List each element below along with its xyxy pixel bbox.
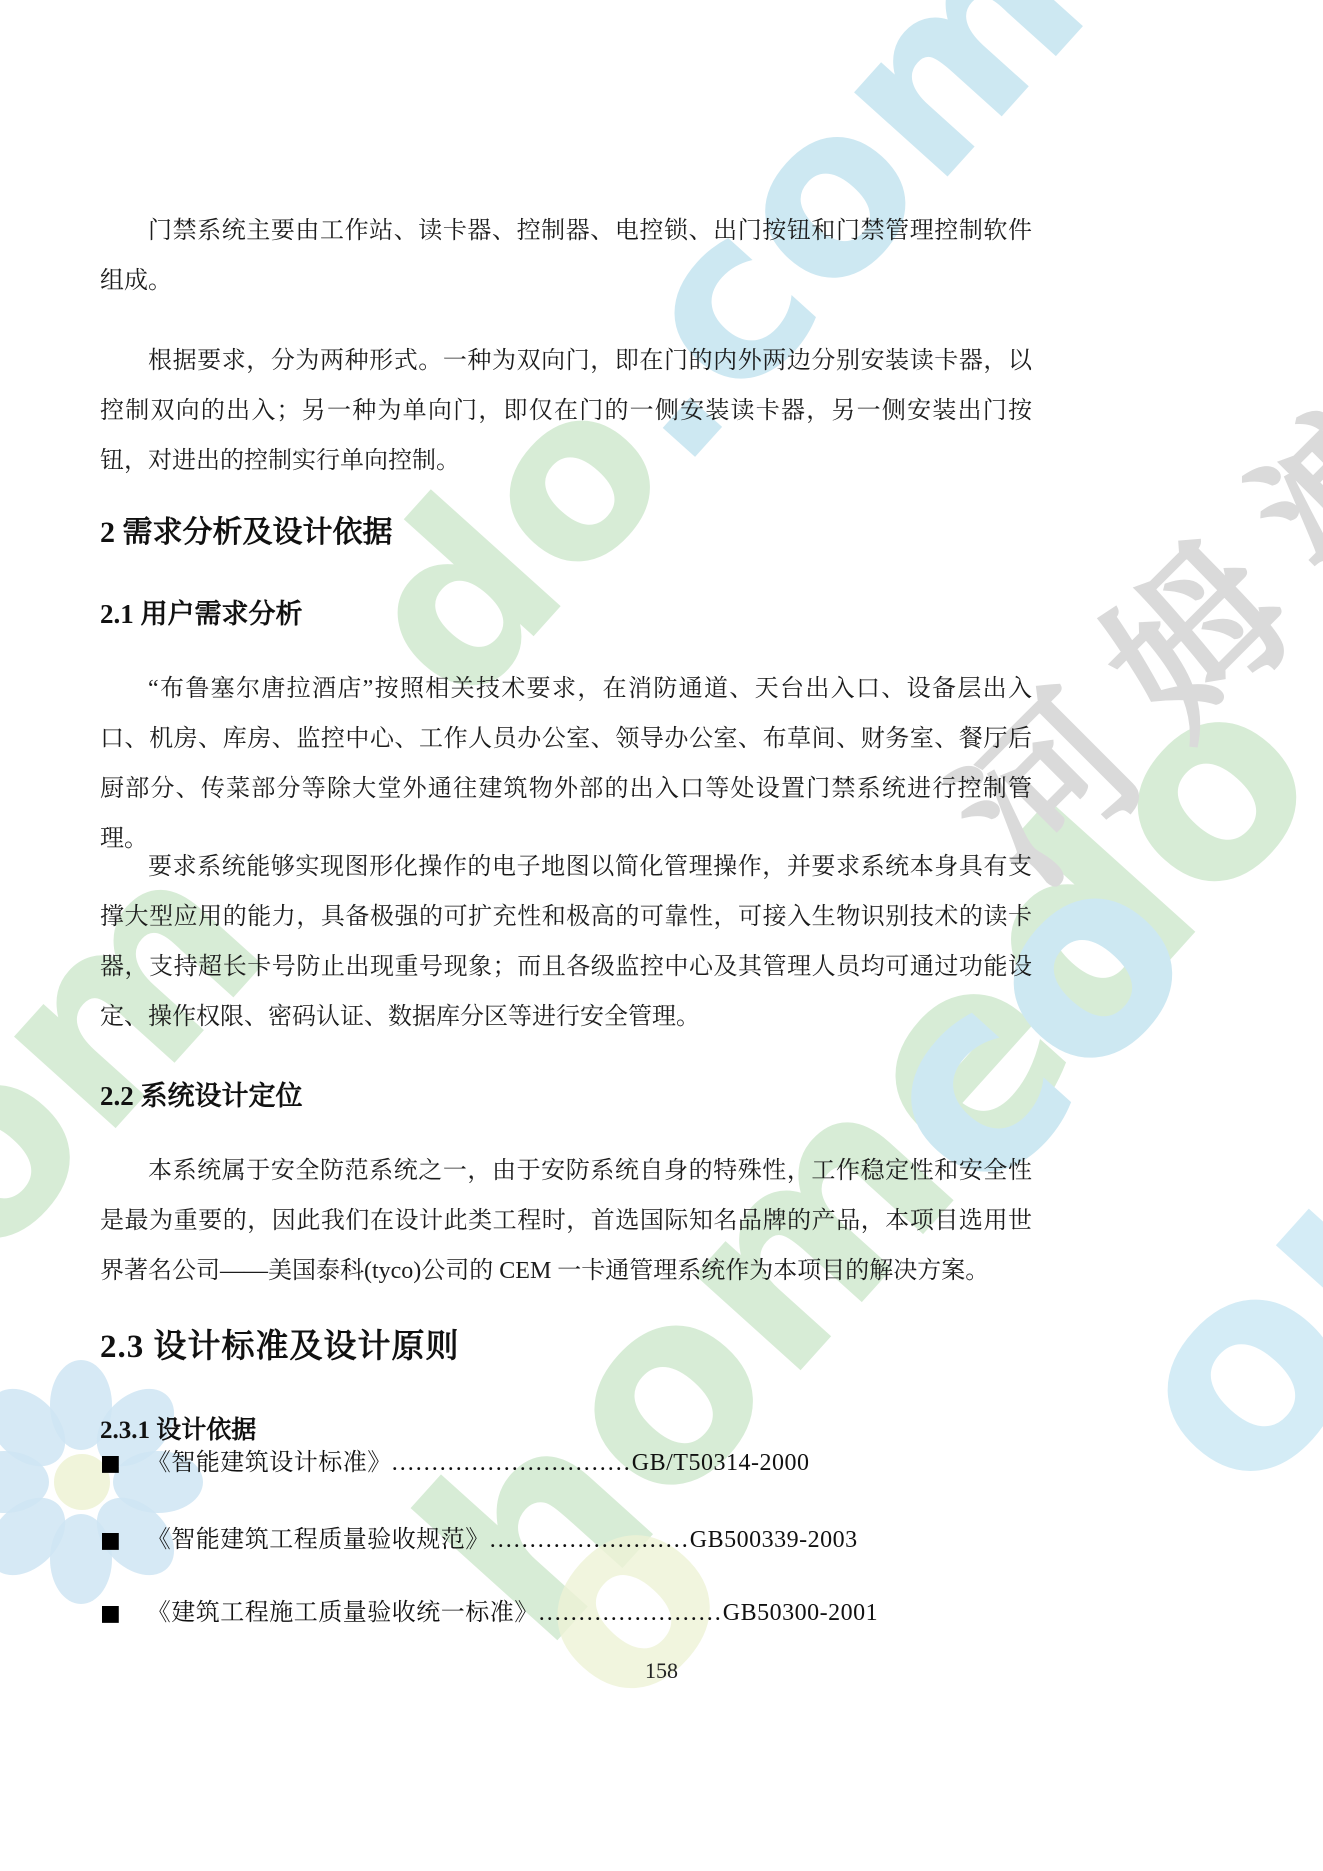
paragraph-door-types: 根据要求，分为两种形式。一种为双向门，即在门的内外两边分别安装读卡器，以控制双向… (100, 336, 1032, 486)
page-number: 158 (0, 1658, 1323, 1684)
square-bullet-icon: ■ (100, 1589, 121, 1639)
square-bullet-icon: ■ (100, 1516, 121, 1566)
paragraph-system-components: 门禁系统主要由工作站、读卡器、控制器、电控锁、出门按钮和门禁管理控制软件组成。 (100, 206, 1032, 306)
standard-item: ■ 《建筑工程施工质量验收统一标准》 .....................… (100, 1588, 1045, 1639)
paragraph-design-positioning: 本系统属于安全防范系统之一，由于安防系统自身的特殊性，工作稳定性和安全性是最为重… (100, 1146, 1032, 1296)
standard-title: 《智能建筑设计标准》 (147, 1438, 392, 1488)
document-content: 门禁系统主要由工作站、读卡器、控制器、电控锁、出门按钮和门禁管理控制软件组成。 … (0, 0, 1323, 1871)
dot-leader: .............................. (392, 1438, 632, 1488)
dot-leader: ......................... (490, 1515, 690, 1565)
section-heading-2-2: 2.2 系统设计定位 (100, 1080, 1032, 1114)
paragraph-user-requirements: “布鲁塞尔唐拉酒店”按照相关技术要求，在消防通道、天台出入口、设备层出入口、机房… (100, 664, 1032, 864)
standard-item: ■ 《智能建筑工程质量验收规范》 .......................… (100, 1515, 1045, 1566)
standard-code: GB/T50314-2000 (632, 1438, 810, 1488)
standard-code: GB50300-2001 (723, 1588, 878, 1638)
standard-item: ■ 《智能建筑设计标准》 ...........................… (100, 1438, 1045, 1489)
paragraph-system-capabilities: 要求系统能够实现图形化操作的电子地图以简化管理操作，并要求系统本身具有支撑大型应… (100, 842, 1032, 1042)
standard-title: 《建筑工程施工质量验收统一标准》 (147, 1588, 539, 1638)
standard-title: 《智能建筑工程质量验收规范》 (147, 1515, 490, 1565)
document-page: do.com om homedo co om o 河姆渡 门禁系统主要由工作站、… (0, 0, 1323, 1871)
section-heading-2-3: 2.3 设计标准及设计原则 (100, 1327, 1032, 1368)
section-heading-2-1: 2.1 用户需求分析 (100, 598, 1032, 632)
section-heading-2: 2 需求分析及设计依据 (100, 514, 1032, 552)
square-bullet-icon: ■ (100, 1439, 121, 1489)
standard-code: GB500339-2003 (690, 1515, 858, 1565)
dot-leader: ....................... (539, 1588, 723, 1638)
